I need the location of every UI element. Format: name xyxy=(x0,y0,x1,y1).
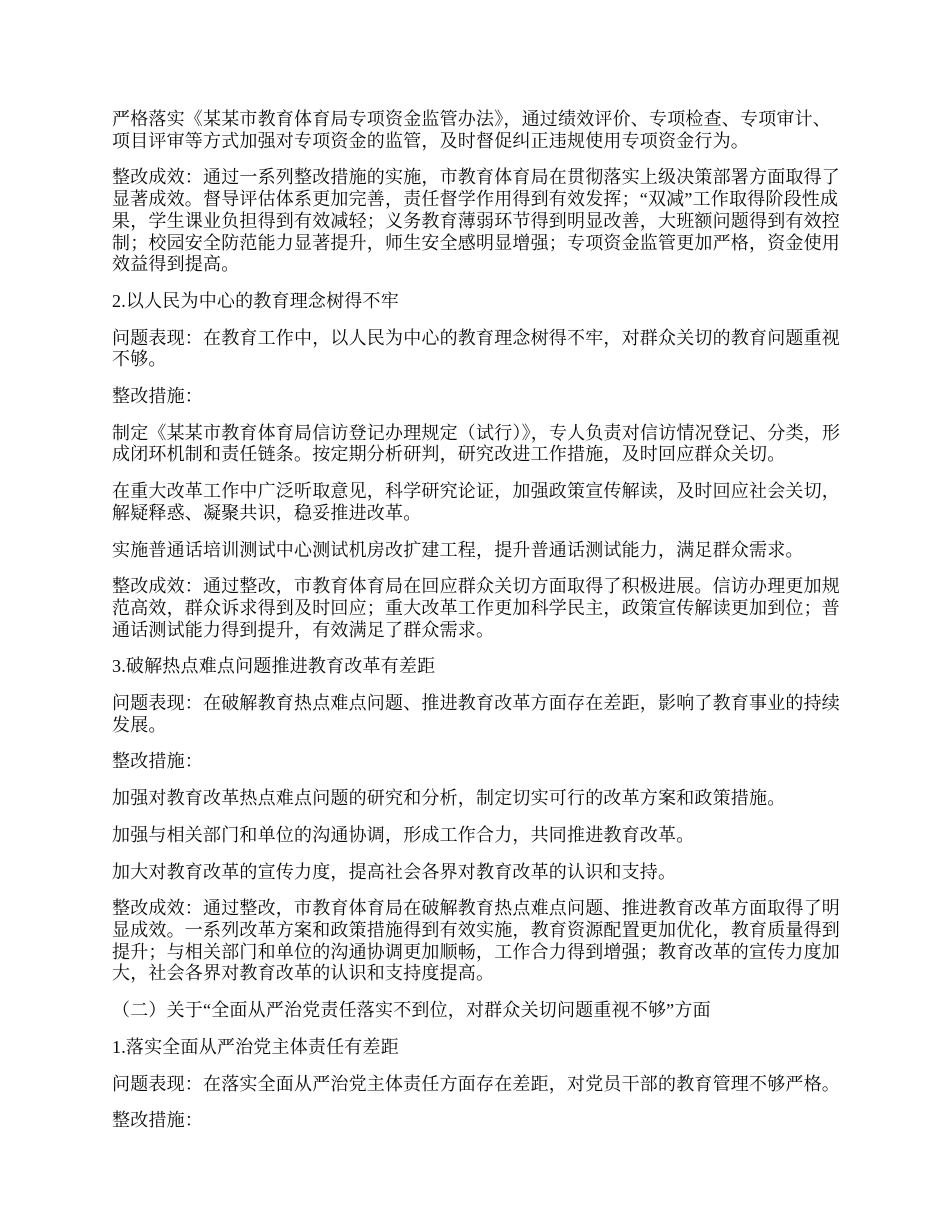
measure-paragraph: 在重大改革工作中广泛听取意见，科学研究论证，加强政策宣传解读，及时回应社会关切，… xyxy=(112,481,844,524)
document-page: 严格落实《某某市教育体育局专项资金监管办法》，通过绩效评价、专项检查、专项审计、… xyxy=(0,0,950,1230)
problem-statement-paragraph: 问题表现：在破解教育热点难点问题、推进教育改革方面存在差距，影响了教育事业的持续… xyxy=(112,693,844,736)
measures-label: 整改措施： xyxy=(112,751,844,773)
numbered-heading: 3.破解热点难点问题推进教育改革有差距 xyxy=(112,656,844,678)
rectification-effect-paragraph: 整改成效：通过整改，市教育体育局在破解教育热点难点问题、推进教育改革方面取得了明… xyxy=(112,898,844,985)
body-paragraph: 严格落实《某某市教育体育局专项资金监管办法》，通过绩效评价、专项检查、专项审计、… xyxy=(112,109,844,152)
rectification-effect-paragraph: 整改成效：通过一系列整改措施的实施，市教育体育局在贯彻落实上级决策部署方面取得了… xyxy=(112,167,844,276)
measure-paragraph: 加强与相关部门和单位的沟通协调，形成工作合力，共同推进教育改革。 xyxy=(112,825,844,847)
measure-paragraph: 加大对教育改革的宣传力度，提高社会各界对教育改革的认识和支持。 xyxy=(112,862,844,884)
numbered-heading: 1.落实全面从严治党主体责任有差距 xyxy=(112,1037,844,1059)
problem-statement-paragraph: 问题表现：在教育工作中，以人民为中心的教育理念树得不牢，对群众关切的教育问题重视… xyxy=(112,328,844,371)
measures-label: 整改措施： xyxy=(112,1110,844,1132)
measure-paragraph: 制定《某某市教育体育局信访登记办理规定（试行）》，专人负责对信访情况登记、分类，… xyxy=(112,423,844,466)
section-heading: （二）关于“全面从严治党责任落实不到位，对群众关切问题重视不够”方面 xyxy=(112,1000,844,1022)
problem-statement-paragraph: 问题表现：在落实全面从严治党主体责任方面存在差距，对党员干部的教育管理不够严格。 xyxy=(112,1074,844,1096)
measures-label: 整改措施： xyxy=(112,386,844,408)
measure-paragraph: 加强对教育改革热点难点问题的研究和分析，制定切实可行的改革方案和政策措施。 xyxy=(112,788,844,810)
measure-paragraph: 实施普通话培训测试中心测试机房改扩建工程，提升普通话测试能力，满足群众需求。 xyxy=(112,540,844,562)
numbered-heading: 2.以人民为中心的教育理念树得不牢 xyxy=(112,291,844,313)
rectification-effect-paragraph: 整改成效：通过整改，市教育体育局在回应群众关切方面取得了积极进展。信访办理更加规… xyxy=(112,576,844,641)
